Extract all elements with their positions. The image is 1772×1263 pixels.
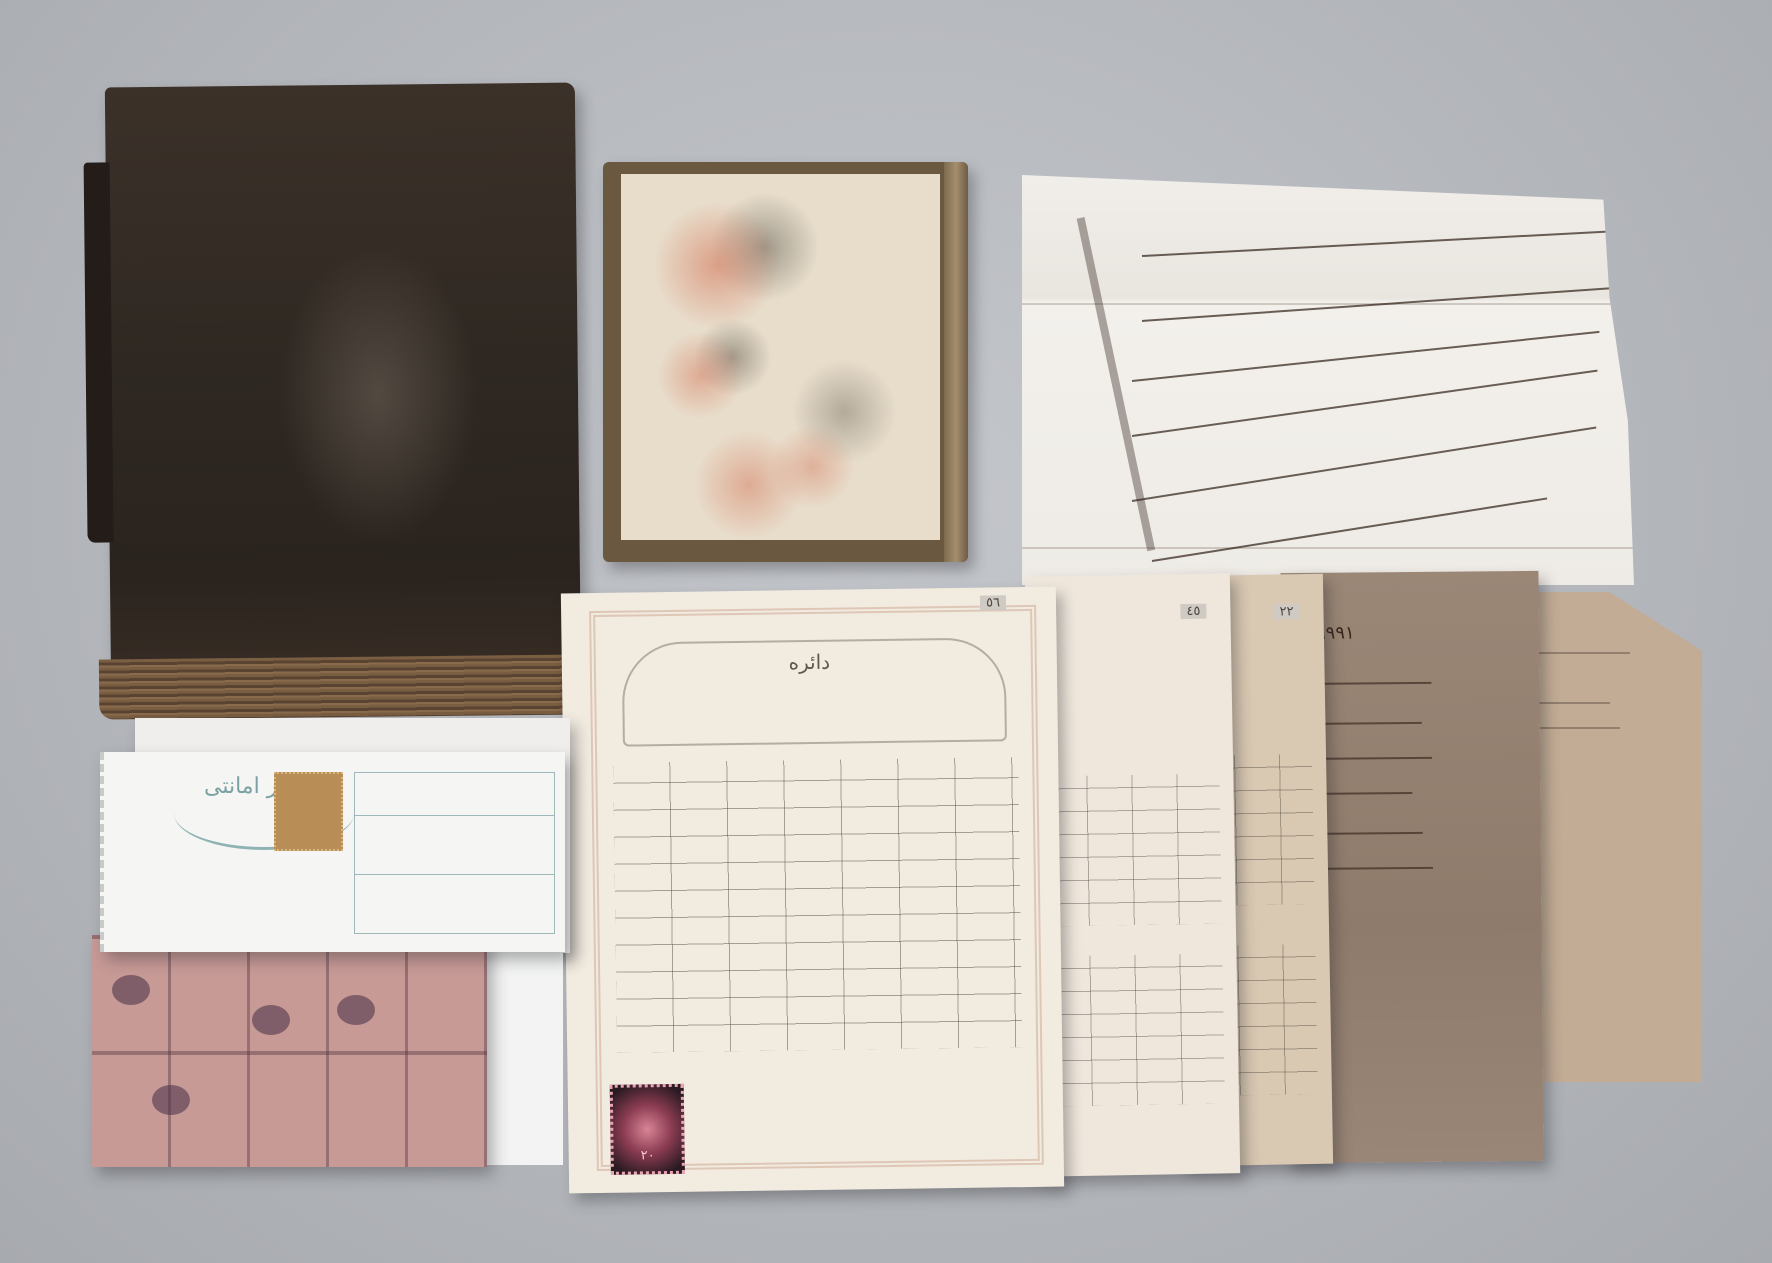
cancellation-seal: [112, 975, 150, 1005]
script-line: [1311, 682, 1431, 685]
form-table: [613, 757, 1022, 1053]
script-line: [1132, 370, 1598, 437]
cancellation-seal: [337, 995, 375, 1025]
script-line: [1313, 867, 1433, 870]
cancellation-seal: [152, 1085, 190, 1115]
stamp-value: ٢٠: [614, 1148, 682, 1164]
book-page-edges: [99, 654, 588, 719]
volume-number: ٤٥: [1180, 604, 1206, 619]
script-line: [1132, 426, 1597, 501]
small-marbled-book: [603, 162, 968, 562]
book-spine: [944, 162, 968, 562]
receipt-table: [354, 772, 555, 934]
script-line: [1313, 832, 1423, 835]
form-table: [1045, 953, 1225, 1106]
orange-revenue-stamp: [274, 772, 343, 851]
letter-fold-line: [1022, 547, 1634, 549]
margin-script: [1077, 217, 1156, 551]
handwritten-letter: [1022, 175, 1634, 585]
book-cover-wear: [276, 244, 479, 546]
revenue-stamp-sheet: [92, 935, 487, 1167]
letter-fold-line: [1022, 303, 1634, 305]
book-flap: [84, 162, 114, 542]
form-table: [1042, 773, 1222, 926]
blue-receipt-form: شهر امانتی: [100, 752, 565, 952]
script-line: [1142, 230, 1611, 257]
revenue-stamp: ٢٠: [610, 1084, 685, 1175]
volume-number: ٥٦: [980, 595, 1006, 610]
volume-number: ٢٢: [1273, 604, 1299, 619]
script-line: [1132, 331, 1600, 382]
tax-register-form: دائرە ٥٦ ٢٠: [561, 587, 1064, 1194]
script-line: [1152, 497, 1547, 562]
marbled-cover: [621, 174, 940, 540]
script-line: [1312, 722, 1422, 725]
cancellation-seal: [252, 1005, 290, 1035]
receipt-side-column: [485, 950, 563, 1165]
script-line: [1312, 757, 1432, 760]
script-line: [1312, 792, 1412, 795]
large-leather-book: [105, 83, 581, 698]
